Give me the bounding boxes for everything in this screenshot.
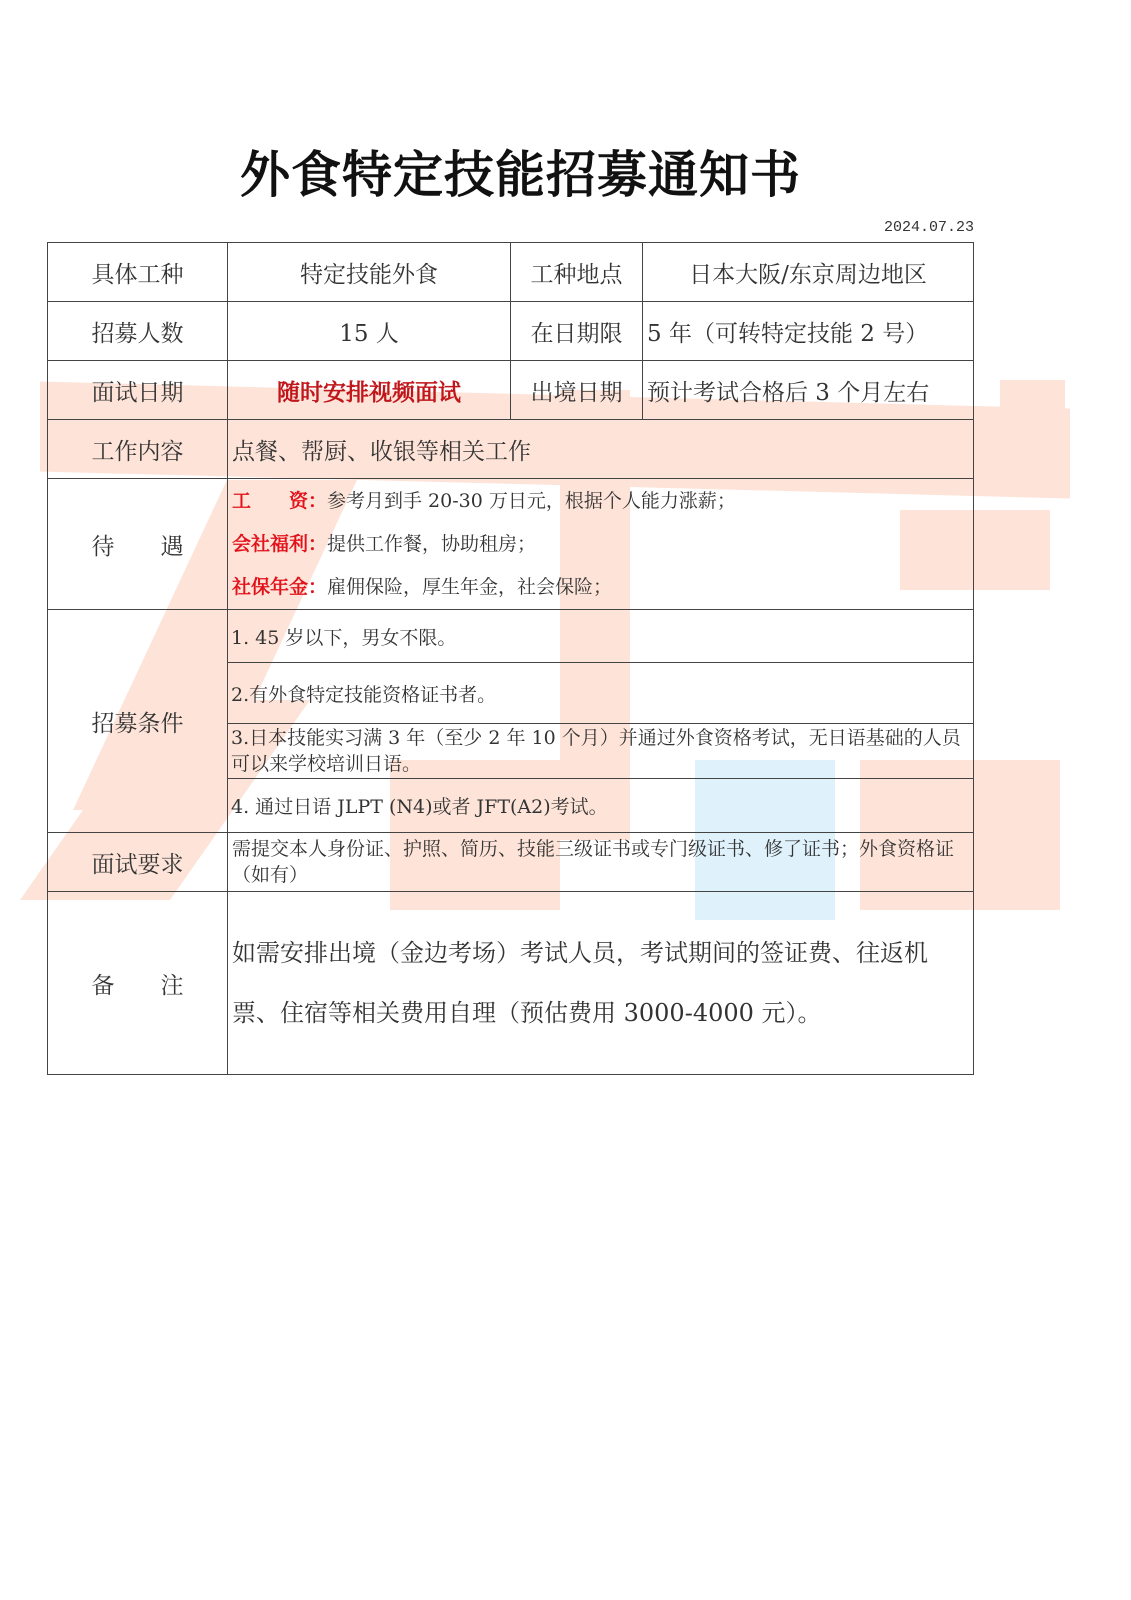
job-content-label: 工作内容	[48, 420, 228, 479]
location-label: 工种地点	[511, 243, 643, 302]
job-content-value: 点餐、帮厨、收银等相关工作	[228, 420, 974, 479]
document-date: 2024.07.23	[884, 219, 974, 236]
departure-date-value: 预计考试合格后 3 个月左右	[643, 361, 974, 420]
remarks-value: 如需安排出境（金边考场）考试人员，考试期间的签证费、往返机票、住宿等相关费用自理…	[228, 892, 974, 1075]
requirement-item: 1. 45 岁以下，男女不限。	[228, 610, 974, 663]
table-row: 备 注 如需安排出境（金边考场）考试人员，考试期间的签证费、往返机票、住宿等相关…	[48, 892, 974, 1075]
benefit-salary: 工 资：参考月到手 20-30 万日元，根据个人能力涨薪；	[232, 480, 969, 523]
table-row: 招募条件 1. 45 岁以下，男女不限。	[48, 610, 974, 663]
job-type-value: 特定技能外食	[228, 243, 511, 302]
interview-date-value: 随时安排视频面试	[228, 361, 511, 420]
table-row: 面试日期 随时安排视频面试 出境日期 预计考试合格后 3 个月左右	[48, 361, 974, 420]
headcount-value: 15 人	[228, 302, 511, 361]
table-row: 招募人数 15 人 在日期限 5 年（可转特定技能 2 号）	[48, 302, 974, 361]
interview-req-value: 需提交本人身份证、护照、简历、技能三级证书或专门级证书、修了证书；外食资格证（如…	[228, 833, 974, 892]
stay-period-value: 5 年（可转特定技能 2 号）	[643, 302, 974, 361]
remarks-label: 备 注	[48, 892, 228, 1075]
requirements-label: 招募条件	[48, 610, 228, 833]
table-row: 面试要求 需提交本人身份证、护照、简历、技能三级证书或专门级证书、修了证书；外食…	[48, 833, 974, 892]
interview-req-label: 面试要求	[48, 833, 228, 892]
table-row: 具体工种 特定技能外食 工种地点 日本大阪/东京周边地区	[48, 243, 974, 302]
headcount-label: 招募人数	[48, 302, 228, 361]
stay-period-label: 在日期限	[511, 302, 643, 361]
job-type-label: 具体工种	[48, 243, 228, 302]
page-title: 外食特定技能招募通知书	[0, 135, 1131, 207]
recruitment-table: 具体工种 特定技能外食 工种地点 日本大阪/东京周边地区 招募人数 15 人 在…	[47, 242, 974, 1075]
interview-date-label: 面试日期	[48, 361, 228, 420]
requirement-item: 3.日本技能实习满 3 年（至少 2 年 10 个月）并通过外食资格考试，无日语…	[228, 724, 974, 779]
watermark-shape	[1000, 380, 1065, 480]
location-value: 日本大阪/东京周边地区	[643, 243, 974, 302]
requirement-item: 4. 通过日语 JLPT (N4)或者 JFT(A2)考试。	[228, 779, 974, 833]
benefit-insurance: 社保年金：雇佣保险，厚生年金，社会保险；	[232, 566, 969, 609]
benefit-welfare: 会社福利：提供工作餐，协助租房；	[232, 523, 969, 566]
benefits-label: 待 遇	[48, 479, 228, 610]
benefits-value: 工 资：参考月到手 20-30 万日元，根据个人能力涨薪； 会社福利：提供工作餐…	[228, 479, 974, 610]
requirement-item: 2.有外食特定技能资格证书者。	[228, 663, 974, 724]
table-row: 工作内容 点餐、帮厨、收银等相关工作	[48, 420, 974, 479]
departure-date-label: 出境日期	[511, 361, 643, 420]
table-row: 待 遇 工 资：参考月到手 20-30 万日元，根据个人能力涨薪； 会社福利：提…	[48, 479, 974, 610]
